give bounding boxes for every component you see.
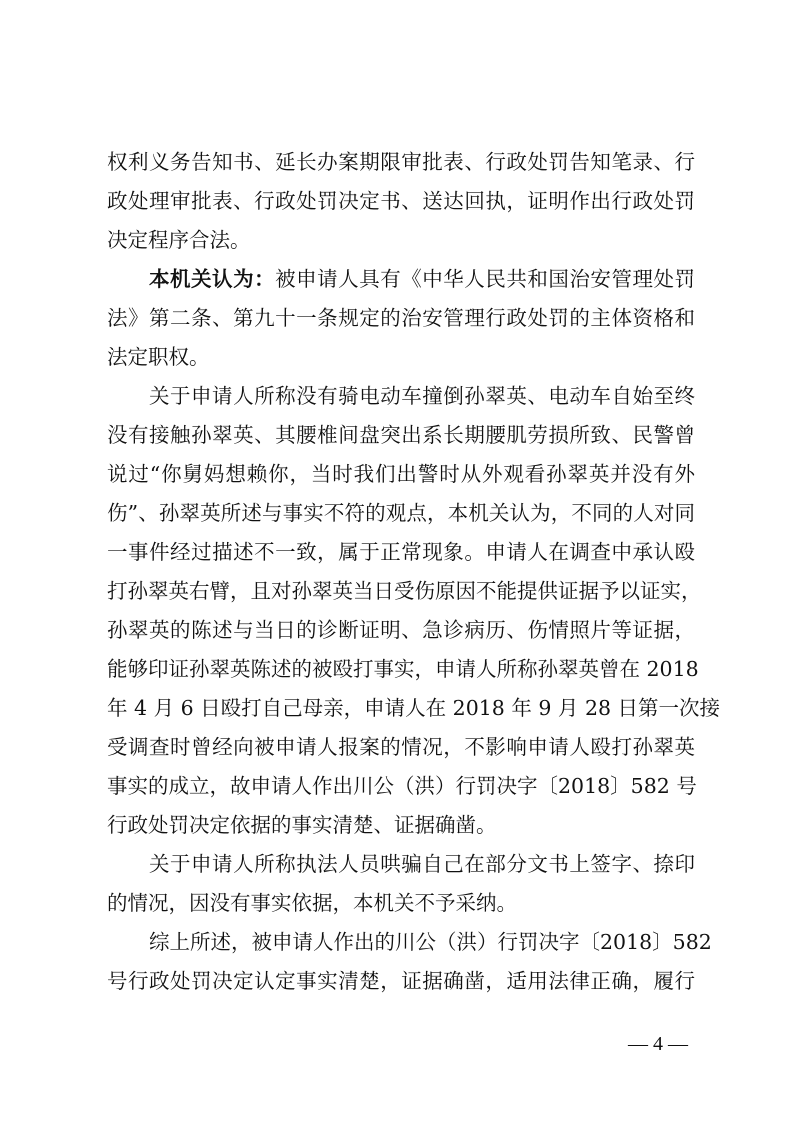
text-line: 决定程序合法。 (107, 221, 695, 260)
text-line: 法定职权。 (107, 338, 695, 377)
document-page: 权利义务告知书、延长办案期限审批表、行政处罚告知笔录、行 政处理审批表、行政处罚… (107, 143, 695, 1001)
text-line: 权利义务告知书、延长办案期限审批表、行政处罚告知笔录、行 (107, 143, 695, 182)
text-line: 关于申请人所称没有骑电动车撞倒孙翠英、电动车自始至终 (107, 377, 695, 416)
text-span: 被申请人具有《中华人民共和国治安管理处罚 (275, 267, 695, 291)
text-line: 政处理审批表、行政处罚决定书、送达回执，证明作出行政处罚 (107, 182, 695, 221)
text-line: 伤”、孙翠英所述与事实不符的观点，本机关认为，不同的人对同 (107, 494, 695, 533)
text-line: 综上所述，被申请人作出的川公（洪）行罚决字〔2018〕582 (107, 923, 695, 962)
text-line: 的情况，因没有事实依据，本机关不予采纳。 (107, 884, 695, 923)
text-line: 孙翠英的陈述与当日的诊断证明、急诊病历、伤情照片等证据， (107, 611, 695, 650)
text-line: 一事件经过描述不一致，属于正常现象。申请人在调查中承认殴 (107, 533, 695, 572)
text-line: 能够印证孙翠英陈述的被殴打事实，申请人所称孙翠英曾在 2018 (107, 650, 695, 689)
text-line: 本机关认为：被申请人具有《中华人民共和国治安管理处罚 (107, 260, 695, 299)
text-line: 年 4 月 6 日殴打自己母亲，申请人在 2018 年 9 月 28 日第一次接 (107, 689, 695, 728)
text-line: 说过“你舅妈想赖你，当时我们出警时从外观看孙翠英并没有外 (107, 455, 695, 494)
text-line: 没有接触孙翠英、其腰椎间盘突出系长期腰肌劳损所致、民警曾 (107, 416, 695, 455)
text-line: 打孙翠英右臂，且对孙翠英当日受伤原因不能提供证据予以证实， (107, 572, 695, 611)
text-line: 关于申请人所称执法人员哄骗自己在部分文书上签字、捺印 (107, 845, 695, 884)
text-line: 法》第二条、第九十一条规定的治安管理行政处罚的主体资格和 (107, 299, 695, 338)
text-line: 行政处罚决定依据的事实清楚、证据确凿。 (107, 806, 695, 845)
page-number: — 4 — (628, 1033, 688, 1056)
text-line: 受调查时曾经向被申请人报案的情况，不影响申请人殴打孙翠英 (107, 728, 695, 767)
bold-lead: 本机关认为： (149, 267, 275, 291)
text-line: 号行政处罚决定认定事实清楚，证据确凿，适用法律正确，履行 (107, 962, 695, 1001)
text-line: 事实的成立，故申请人作出川公（洪）行罚决字〔2018〕582 号 (107, 767, 695, 806)
